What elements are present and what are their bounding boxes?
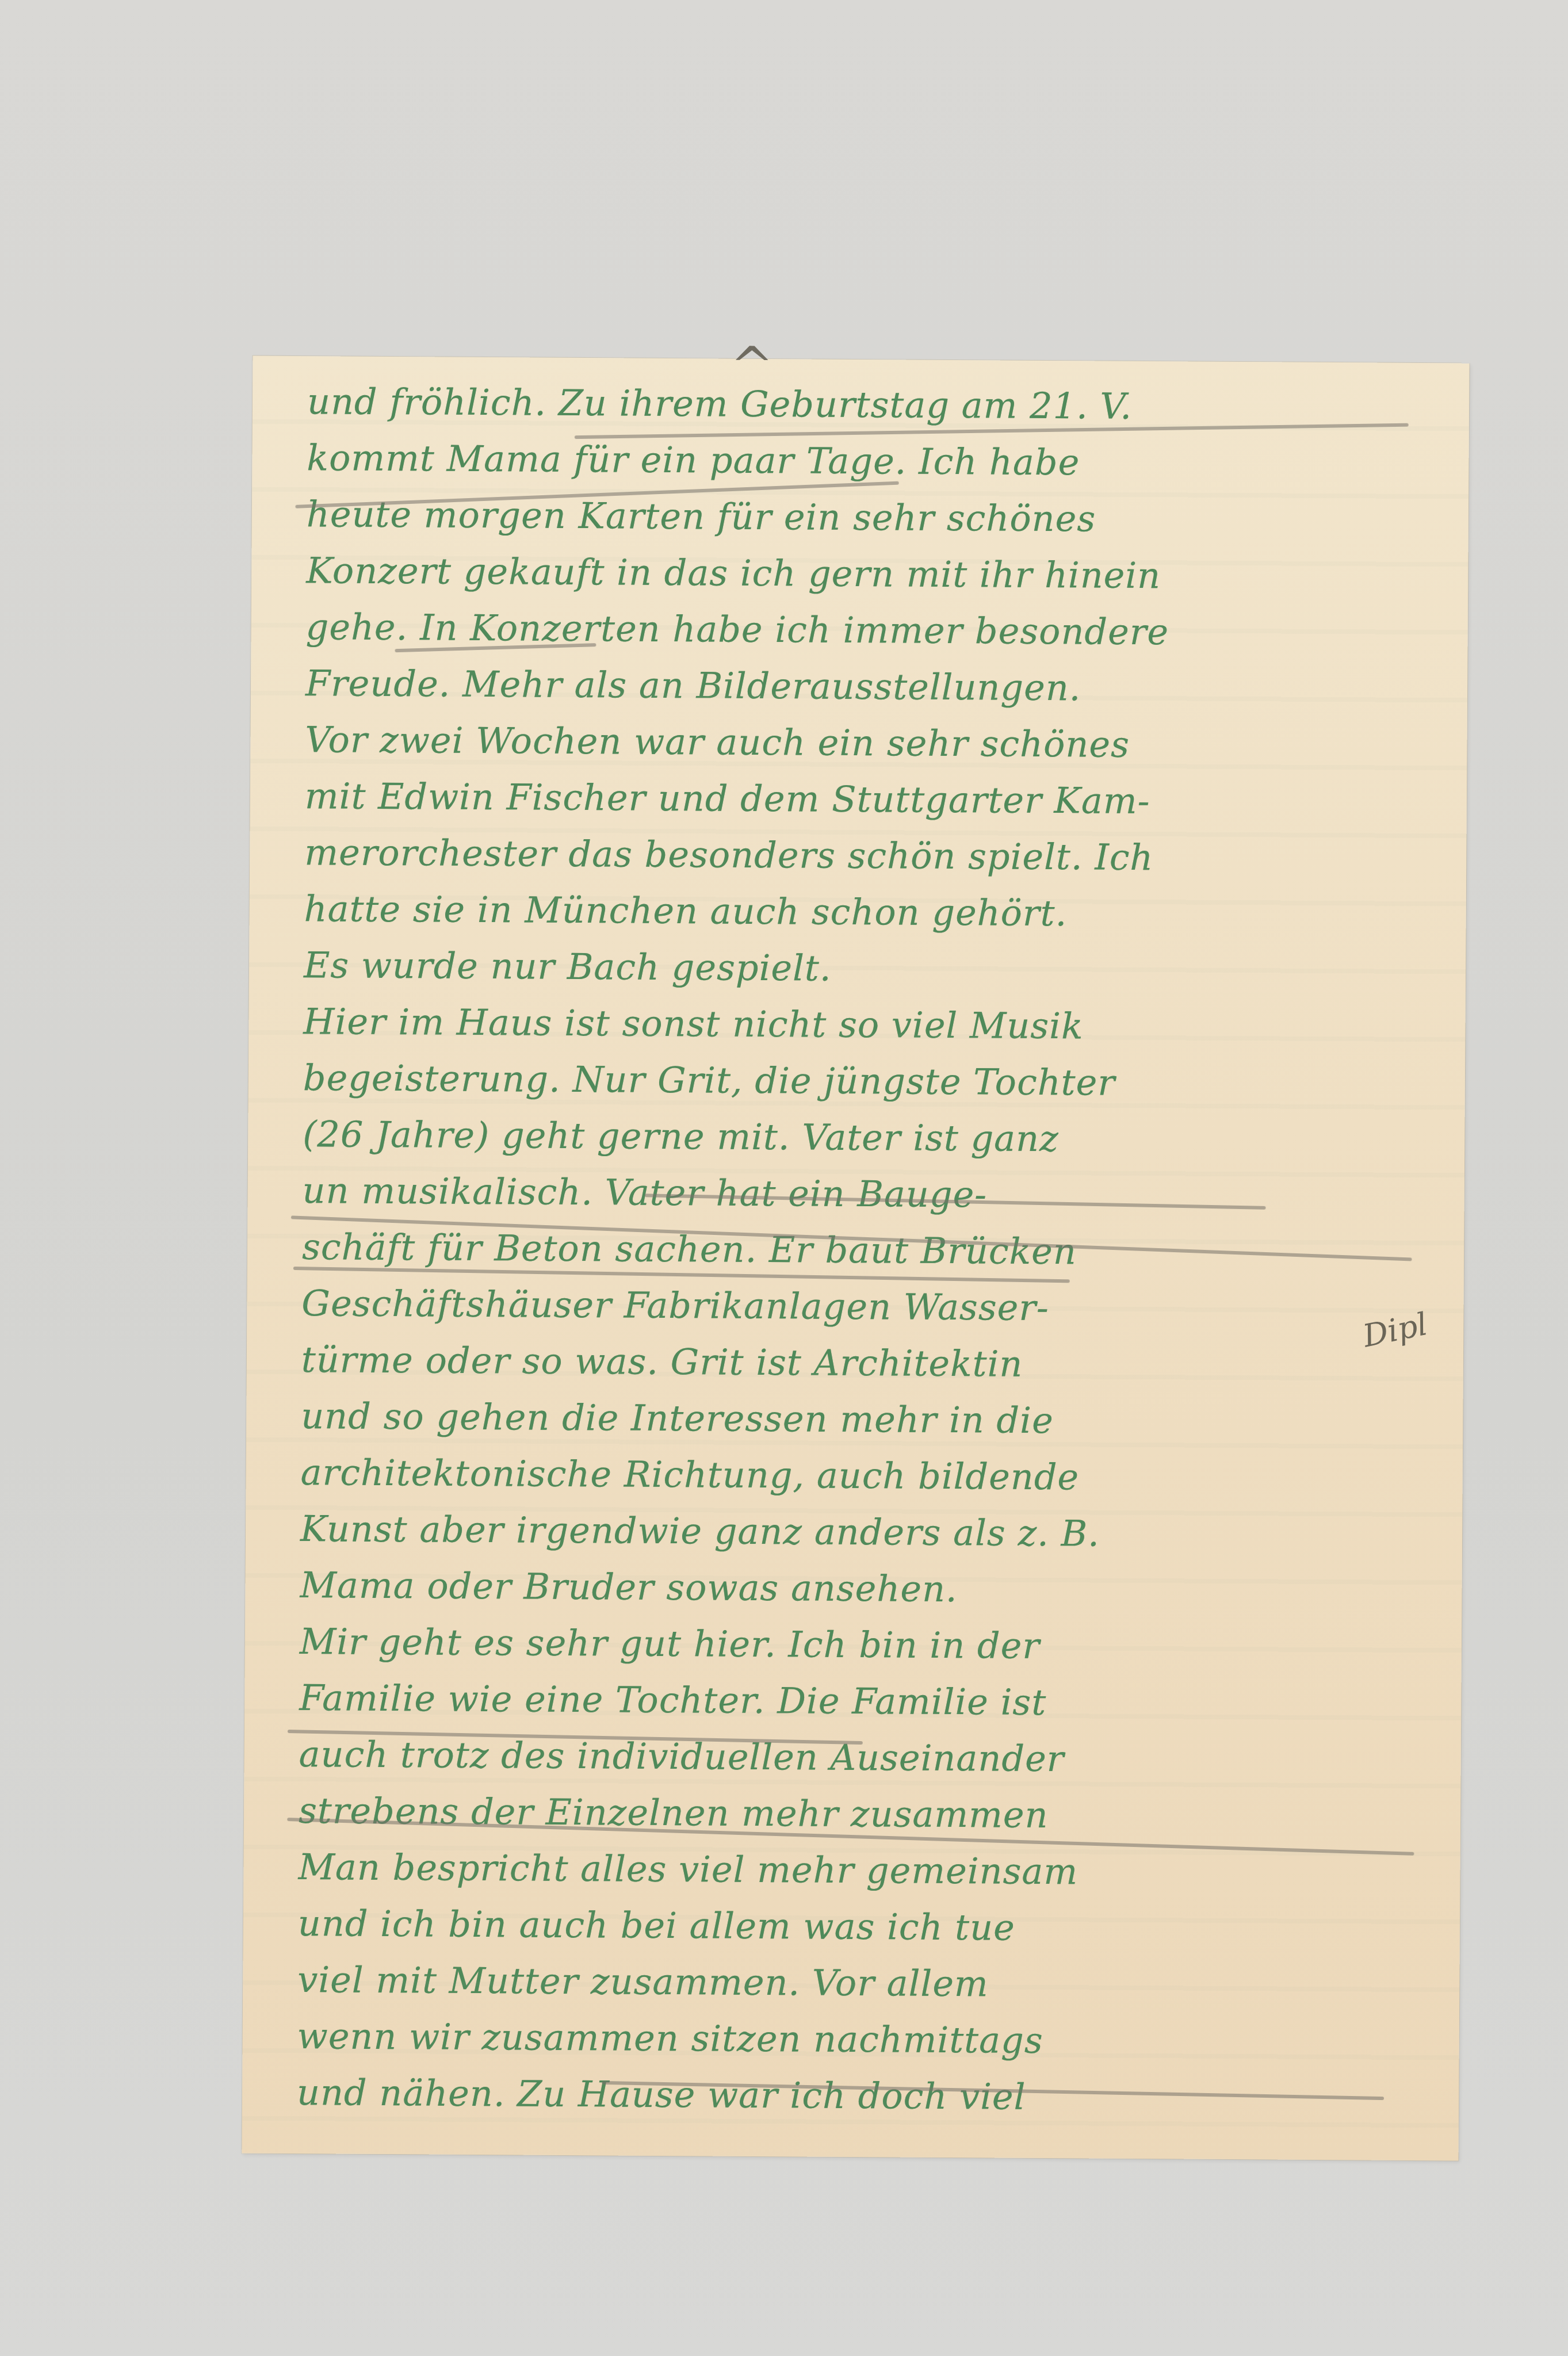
letter-line: Kunst aber irgendwie ganz anders als z. … xyxy=(300,1501,1428,1564)
letter-line: gehe. In Konzerten habe ich immer besond… xyxy=(305,599,1433,662)
letter-line: Mama oder Bruder sowas ansehen. xyxy=(300,1557,1428,1620)
letter-line: Freude. Mehr als an Bilderausstellungen. xyxy=(305,655,1433,718)
letter-line: un musikalisch. Vater hat ein Bauge- xyxy=(302,1162,1430,1226)
letter-line: merorchester das besonders schön spielt.… xyxy=(304,824,1432,888)
letter-line: Geschäftshäuser Fabrikanlagen Wasser- xyxy=(301,1275,1429,1338)
letter-line: Mir geht es sehr gut hier. Ich bin in de… xyxy=(300,1613,1428,1677)
letter-line: Familie wie eine Tochter. Die Familie is… xyxy=(299,1670,1427,1733)
letter-body: und fröhlich. Zu ihrem Geburtstag am 21.… xyxy=(297,373,1435,2128)
letter-line: und ich bin auch bei allem was ich tue xyxy=(298,1895,1426,1959)
letter-line: Konzert gekauft in das ich gern mit ihr … xyxy=(306,542,1434,606)
letter-line: begeisterung. Nur Grit, die jüngste Toch… xyxy=(303,1050,1431,1113)
letter-line: wenn wir zusammen sitzen nachmittags xyxy=(297,2008,1425,2071)
letter-line: hatte sie in München auch schon gehört. xyxy=(304,881,1432,944)
letter-line: Vor zwei Wochen war auch ein sehr schöne… xyxy=(305,712,1433,775)
letter-page: ^ und fröhlich. Zu ihrem Geburtstag am 2… xyxy=(242,356,1469,2161)
letter-line: (26 Jahre) geht gerne mit. Vater ist gan… xyxy=(303,1106,1431,1169)
letter-line: heute morgen Karten für ein sehr schönes xyxy=(307,486,1435,549)
letter-line: türme oder so was. Grit ist Architektin xyxy=(301,1332,1429,1395)
letter-line: architektonische Richtung, auch bildende xyxy=(300,1444,1428,1508)
letter-line: Es wurde nur Bach gespielt. xyxy=(304,937,1432,1000)
letter-line: mit Edwin Fischer und dem Stuttgarter Ka… xyxy=(305,768,1433,831)
letter-line: Hier im Haus ist sonst nicht so viel Mus… xyxy=(303,993,1431,1057)
letter-line: und so gehen die Interessen mehr in die xyxy=(301,1388,1429,1451)
letter-line: viel mit Mutter zusammen. Vor allem xyxy=(297,1952,1425,2015)
